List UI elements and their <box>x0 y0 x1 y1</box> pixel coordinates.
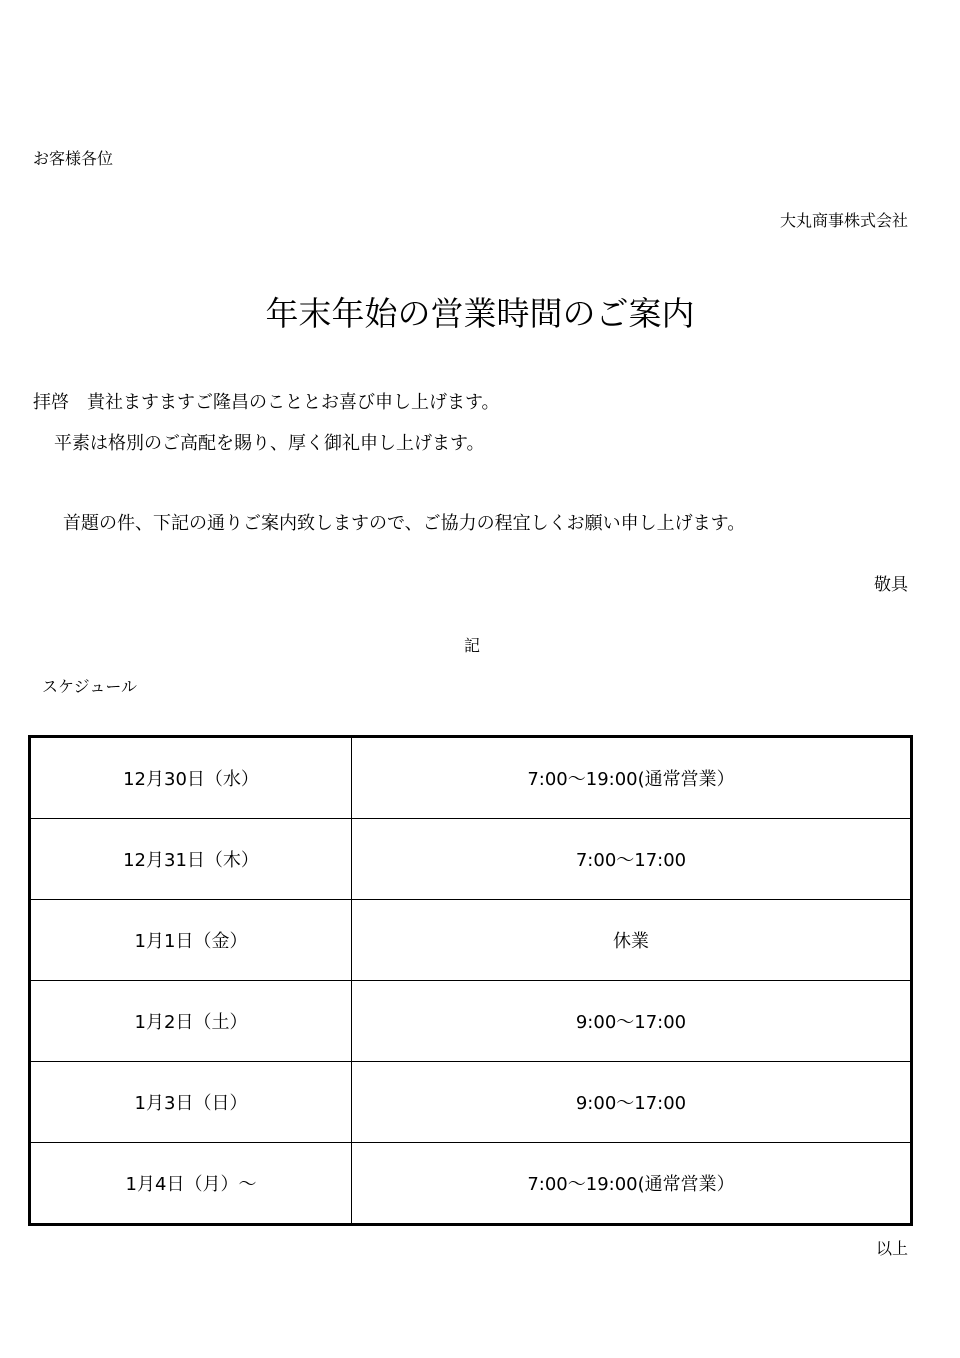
table-row: 12月31日（木） 7:00～17:00 <box>30 819 912 900</box>
schedule-date: 12月30日（水） <box>30 737 352 819</box>
table-row: 1月1日（金） 休業 <box>30 900 912 981</box>
schedule-hours: 9:00～17:00 <box>352 1062 912 1143</box>
notice-line: 首題の件、下記の通りご案内致しますので、ご協力の程宜しくお願い申し上げます。 <box>63 509 745 535</box>
ki-heading: 記 <box>0 633 944 656</box>
table-row: 12月30日（水） 7:00～19:00(通常営業） <box>30 737 912 819</box>
greeting-line: 拝啓 貴社ますますご隆昌のこととお喜び申し上げます。 <box>33 388 500 414</box>
schedule-date: 1月1日（金） <box>30 900 352 981</box>
schedule-hours: 7:00～19:00(通常営業） <box>352 737 912 819</box>
closing-keigu: 敬具 <box>874 570 908 595</box>
schedule-label: スケジュール <box>42 674 137 697</box>
schedule-table: 12月30日（水） 7:00～19:00(通常営業） 12月31日（木） 7:0… <box>28 735 913 1226</box>
table-row: 1月4日（月）～ 7:00～19:00(通常営業） <box>30 1143 912 1225</box>
schedule-hours: 9:00～17:00 <box>352 981 912 1062</box>
schedule-hours: 7:00～19:00(通常営業） <box>352 1143 912 1225</box>
end-mark: 以上 <box>876 1236 908 1259</box>
schedule-date: 1月2日（土） <box>30 981 352 1062</box>
schedule-hours: 7:00～17:00 <box>352 819 912 900</box>
schedule-date: 12月31日（木） <box>30 819 352 900</box>
addressee: お客様各位 <box>33 146 113 169</box>
schedule-date: 1月4日（月）～ <box>30 1143 352 1225</box>
schedule-date: 1月3日（日） <box>30 1062 352 1143</box>
table-row: 1月2日（土） 9:00～17:00 <box>30 981 912 1062</box>
schedule-hours: 休業 <box>352 900 912 981</box>
table-row: 1月3日（日） 9:00～17:00 <box>30 1062 912 1143</box>
document-title: 年末年始の営業時間のご案内 <box>0 288 960 335</box>
thanks-line: 平素は格別のご高配を賜り、厚く御礼申し上げます。 <box>54 429 485 455</box>
sender-company: 大丸商事株式会社 <box>780 208 908 231</box>
